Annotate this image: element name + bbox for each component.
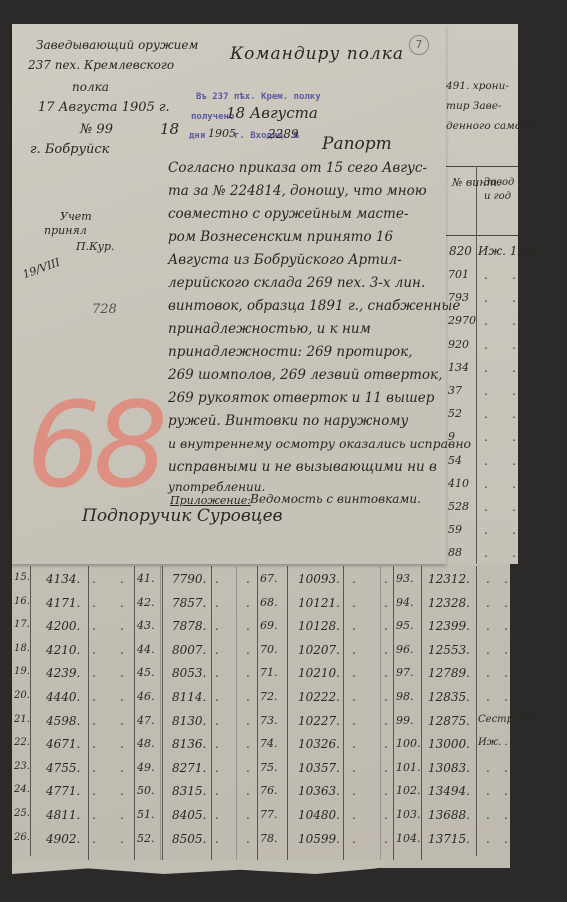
table-cell-note: Сестр. 18 [478,714,532,725]
table-cell-n1: 22. [14,737,30,748]
ditto-mark: . [215,784,219,798]
table-cell-v3: 10222. [298,690,340,704]
ditto-mark: . [215,808,219,822]
table-rule [134,566,135,860]
ditto-mark: . [384,784,388,798]
ditto-mark: . [246,784,250,798]
ditto-mark: . [512,268,516,282]
ditto-mark: . [120,737,124,751]
table-cell-v2: 8271. [172,761,206,775]
table-cell-n4: 96. [396,643,414,656]
table-cell-v4: 12875. [428,714,470,728]
table-cell-n3: 73. [260,714,278,727]
ditto-mark: . [484,291,488,305]
ditto-mark: . [384,643,388,657]
ditto-mark: . [215,572,219,586]
ditto-mark: . [484,477,488,491]
ditto-mark: . [92,572,96,586]
table-cell-v3: 10326. [298,737,340,751]
table-cell-v1: 4671. [46,737,80,751]
ditto-mark: . [246,737,250,751]
ditto-mark: . [486,619,490,633]
ditto-mark: . [486,832,490,846]
report-body-line: исправными и не вызывающими ни в [168,459,437,475]
table-cell-v2: 8053. [172,666,206,680]
table-cell-n2: 45. [137,666,155,679]
sender-line: полка [72,80,109,94]
table-cell-n2: 51. [137,808,155,821]
ditto-mark: . [504,596,508,610]
ditto-mark: . [484,407,488,421]
stamp-year: 1905 [208,127,236,140]
stamp-day-label: дня [189,131,205,141]
ditto-mark: . [512,384,516,398]
ditto-mark: . [246,761,250,775]
right-table-cell: 88 [448,546,462,559]
ditto-mark: . [352,690,356,704]
ditto-mark: . [512,523,516,537]
table-cell-v4: 12312. [428,572,470,586]
table-cell-n1: 24. [14,784,30,795]
table-header-rule [446,166,518,167]
margin-note: принял [44,224,87,237]
ditto-mark: . [92,690,96,704]
ditto-mark: . [484,384,488,398]
ditto-mark: . [486,596,490,610]
table-cell-n1: 17. [14,619,30,630]
table-cell-v1: 4171. [46,596,80,610]
table-cell-n3: 78. [260,832,278,845]
ditto-mark: . [504,643,508,657]
table-cell-v2: 8505. [172,832,206,846]
table-cell-v4: 13000. [428,737,470,751]
ditto-mark: . [512,338,516,352]
table-cell-n4: 100. [396,737,421,750]
table-cell-v4: 13688. [428,808,470,822]
ditto-mark: . [512,291,516,305]
table-cell-n3: 74. [260,737,278,750]
ditto-mark: . [120,643,124,657]
table-cell-n2: 50. [137,784,155,797]
ditto-mark: . [486,808,490,822]
table-rule [380,566,381,860]
table-cell-v1: 4902. [46,832,80,846]
report-body-line: и внутреннему осмотру оказались исправно [168,436,471,451]
right-table-cell: 52 [448,407,462,420]
ditto-mark: . [484,546,488,560]
table-cell-v2: 8136. [172,737,206,751]
ditto-mark: . [352,737,356,751]
table-cell-n2: 47. [137,714,155,727]
table-cell-n4: 97. [396,666,414,679]
table-cell-n4: 101. [396,761,421,774]
ditto-mark: . [352,666,356,680]
table-rule [236,566,237,860]
ditto-mark: . [92,596,96,610]
table-cell-n2: 49. [137,761,155,774]
ditto-mark: . [512,546,516,560]
margin-note-number: 728 [92,302,117,317]
ditto-mark: . [120,666,124,680]
report-body-line: Согласно приказа от 15 сего Авгус- [168,160,427,176]
ditto-mark: . [92,784,96,798]
ditto-mark: . [384,572,388,586]
ditto-mark: . [384,761,388,775]
table-cell-v2: 8405. [172,808,206,822]
table-cell-n2: 42. [137,596,155,609]
ditto-mark: . [512,361,516,375]
ditto-mark: . [215,666,219,680]
ditto-mark: . [484,523,488,537]
sender-place: г. Бобруйск [30,142,109,157]
ditto-mark: . [504,619,508,633]
table-cell-n4: 94. [396,596,414,609]
table-cell-v4: 12328. [428,596,470,610]
table-cell-v4: 13715. [428,832,470,846]
table-cell-v3: 10207. [298,643,340,657]
table-cell-n2: 46. [137,690,155,703]
table-rule [287,566,288,860]
table-cell-n3: 69. [260,619,278,632]
table-cell-v1: 4200. [46,619,80,633]
ditto-mark: . [504,690,508,704]
ditto-mark: . [486,666,490,680]
red-pencil-number: 68 [26,376,160,514]
table-cell-v1: 4440. [46,690,80,704]
addressee: Командиру полка [230,44,404,64]
ditto-mark: . [384,666,388,680]
table-cell-v3: 10363. [298,784,340,798]
appendix-text: Ведомость с винтовками. [250,492,421,506]
table-cell-n2: 44. [137,643,155,656]
table-cell-v2: 7790. [172,572,206,586]
ditto-mark: . [352,714,356,728]
ditto-mark: . [384,714,388,728]
ditto-mark: . [504,808,508,822]
sender-date: 17 Августа 1905 г. [38,100,170,115]
table-cell-v1: 4811. [46,808,80,822]
ditto-mark: . [120,572,124,586]
table-cell-v1: 4239. [46,666,80,680]
table-cell-v4: 12835. [428,690,470,704]
ditto-mark: . [215,596,219,610]
torn-bottom-edge [12,860,392,874]
table-cell-v2: 8114. [172,690,206,704]
table-rule [160,566,161,860]
stamp-incoming-number: 2289 [268,127,299,141]
ditto-mark: . [352,761,356,775]
right-table-cell: 54 [448,454,462,467]
ditto-mark: . [246,596,250,610]
report-body-line: лерийского склада 269 пех. 3-х лин. [168,275,425,291]
table-rule [30,566,31,856]
ditto-mark: . [246,690,250,704]
table-rule [257,566,258,860]
ditto-mark: . [504,832,508,846]
right-table-cell: 920 [448,338,469,351]
ditto-mark: . [352,596,356,610]
right-table-cell: 528 [448,500,469,513]
ditto-mark: . [246,643,250,657]
ditto-mark: . [512,407,516,421]
ditto-mark: . [484,430,488,444]
ditto-mark: . [120,808,124,822]
table-cell-n3: 68. [260,596,278,609]
table-cell-n2: 52. [137,832,155,845]
top-right-note: 491. хрони- [446,80,509,92]
table-cell-n4: 98. [396,690,414,703]
table-cell-n1: 20. [14,690,30,701]
table-rule [476,166,477,564]
table-cell-n3: 70. [260,643,278,656]
ditto-mark: . [352,619,356,633]
report-body-line: винтовок, образца 1891 г., снабженные [168,298,460,314]
right-table-cell: 37 [448,384,462,397]
ditto-mark: . [120,761,124,775]
ditto-mark: . [484,500,488,514]
table-rule [88,566,89,860]
table-rule [211,566,212,860]
table-cell-v3: 10599. [298,832,340,846]
ditto-mark: . [352,808,356,822]
right-table-cell: 820 [449,244,472,258]
table-rule [476,566,477,856]
table-cell-v1: 4134. [46,572,80,586]
table-rule [421,566,422,860]
ditto-mark: . [504,784,508,798]
ditto-mark: . [352,784,356,798]
table-rule [162,566,163,860]
report-body-line: та за № 224814, доношу, что мною [168,183,427,199]
ditto-mark: . [246,832,250,846]
table-cell-v3: 10093. [298,572,340,586]
ditto-mark: . [484,454,488,468]
table-cell-v4: 12789. [428,666,470,680]
margin-note: П.Кур. [76,240,115,253]
report-body-line: 269 шомполов, 269 лезвий отверток, [168,367,442,383]
ditto-mark: . [215,643,219,657]
table-cell-n1: 16. [14,596,30,607]
table-cell-v2: 7857. [172,596,206,610]
table-cell-n1: 26. [14,832,30,843]
report-body-line: Августа из Бобруйского Артил- [168,252,402,268]
top-right-note: денного самого [446,120,533,132]
table-cell-v2: 8007. [172,643,206,657]
ditto-mark: . [246,808,250,822]
page-number-circled: 7 [409,35,429,55]
ditto-mark: . [486,572,490,586]
table-cell-v1: 4755. [46,761,80,775]
table-cell-v2: 7878. [172,619,206,633]
ditto-mark: . [92,666,96,680]
ditto-mark: . [246,572,250,586]
stamp-day: 18 [160,120,179,138]
ditto-mark: . [120,690,124,704]
margin-note: Учет [60,210,92,223]
table-cell-v1: 4210. [46,643,80,657]
table-cell-v3: 10480. [298,808,340,822]
ditto-mark: . [384,690,388,704]
table-cell-v4: 13083. [428,761,470,775]
table-cell-v1: 4771. [46,784,80,798]
right-table-cell: 701 [448,268,469,281]
table-cell-n1: 18. [14,643,30,654]
ditto-mark: . [384,832,388,846]
table-cell-v1: 4598. [46,714,80,728]
table-cell-n1: 19. [14,666,30,677]
table-cell-n2: 41. [137,572,155,585]
report-body-line: ружей. Винтовки по наружному [168,413,408,429]
ditto-mark: . [512,500,516,514]
report-body-line: принадлежностью, и к ним [168,321,371,337]
ditto-mark: . [484,361,488,375]
stamp-line1: Въ 237 пѣх. Крем. полку [196,92,321,102]
ditto-mark: . [504,761,508,775]
ditto-mark: . [352,832,356,846]
ditto-mark: . [246,714,250,728]
stamp-received-date: 18 Августа [226,104,318,122]
ditto-mark: . [215,832,219,846]
table-cell-n2: 43. [137,619,155,632]
ditto-mark: . [512,314,516,328]
table-cell-v3: 10357. [298,761,340,775]
ditto-mark: . [512,454,516,468]
ditto-mark: . [384,737,388,751]
table-cell-n1: 23. [14,761,30,772]
ditto-mark: . [246,619,250,633]
table-cell-v3: 10210. [298,666,340,680]
table-rule [343,566,344,860]
ditto-mark: . [504,572,508,586]
report-body-line: совместно с оружейным масте- [168,206,408,222]
ditto-mark: . [92,808,96,822]
table-cell-n1: 25. [14,808,30,819]
table-cell-n3: 76. [260,784,278,797]
report-body-line: принадлежности: 269 протирок, [168,344,413,360]
ditto-mark: . [92,761,96,775]
ditto-mark: . [512,430,516,444]
table-cell-n3: 67. [260,572,278,585]
right-table-cell: 59 [448,523,462,536]
ditto-mark: . [384,596,388,610]
ditto-mark: . [120,596,124,610]
ditto-mark: . [92,714,96,728]
table-cell-v3: 10121. [298,596,340,610]
table-cell-n4: 99. [396,714,414,727]
ditto-mark: . [215,737,219,751]
table-cell-n1: 21. [14,714,30,725]
ditto-mark: . [120,714,124,728]
table-rule [393,566,394,860]
ditto-mark: . [352,572,356,586]
table-cell-n3: 71. [260,666,278,679]
ditto-mark: . [384,808,388,822]
table-cell-v2: 8315. [172,784,206,798]
right-table-cell: 134 [448,361,469,374]
sender-number: № 99 [80,122,113,137]
table-cell-v3: 10128. [298,619,340,633]
table-cell-v3: 10227. [298,714,340,728]
ditto-mark: . [215,761,219,775]
right-table-cell: Иж. 1901 [478,244,540,258]
right-table-cell: 2970 [448,314,476,327]
ditto-mark: . [484,314,488,328]
ditto-mark: . [92,619,96,633]
ditto-mark: . [246,666,250,680]
report-body-line: 269 рукояток отверток и 11 вышер [168,390,434,406]
table-cell-v4: 12399. [428,619,470,633]
table-cell-v4: 13494. [428,784,470,798]
table-cell-n4: 103. [396,808,421,821]
table-cell-n3: 75. [260,761,278,774]
top-right-note: тир Заве- [446,100,501,112]
ditto-mark: . [486,690,490,704]
ditto-mark: . [120,619,124,633]
table-cell-n3: 77. [260,808,278,821]
ditto-mark: . [512,477,516,491]
ditto-mark: . [486,761,490,775]
ditto-mark: . [504,666,508,680]
ditto-mark: . [92,643,96,657]
ditto-mark: . [384,619,388,633]
sender-line: Заведывающий оружием [36,38,198,52]
report-title: Рапорт [322,134,392,154]
table-cell-note: Иж. . [478,737,508,748]
table-cell-n3: 72. [260,690,278,703]
table-header-rule [446,235,518,236]
right-table-header-factory: Завод и год [484,176,514,204]
ditto-mark: . [484,338,488,352]
table-cell-n1: 15. [14,572,30,583]
table-cell-v2: 8130. [172,714,206,728]
ditto-mark: . [92,737,96,751]
sender-line: 237 пех. Кремлевского [28,58,174,72]
ditto-mark: . [484,268,488,282]
ditto-mark: . [486,784,490,798]
right-table-cell: 410 [448,477,469,490]
table-cell-n4: 93. [396,572,414,585]
table-cell-n4: 104. [396,832,421,845]
table-cell-n4: 102. [396,784,421,797]
ditto-mark: . [486,643,490,657]
ditto-mark: . [215,619,219,633]
ditto-mark: . [215,690,219,704]
ditto-mark: . [92,832,96,846]
ditto-mark: . [120,832,124,846]
ditto-mark: . [352,643,356,657]
ditto-mark: . [215,714,219,728]
report-body-line: ром Вознесенским принято 16 [168,229,393,245]
table-cell-v4: 12553. [428,643,470,657]
ditto-mark: . [120,784,124,798]
table-cell-n2: 48. [137,737,155,750]
table-cell-n4: 95. [396,619,414,632]
